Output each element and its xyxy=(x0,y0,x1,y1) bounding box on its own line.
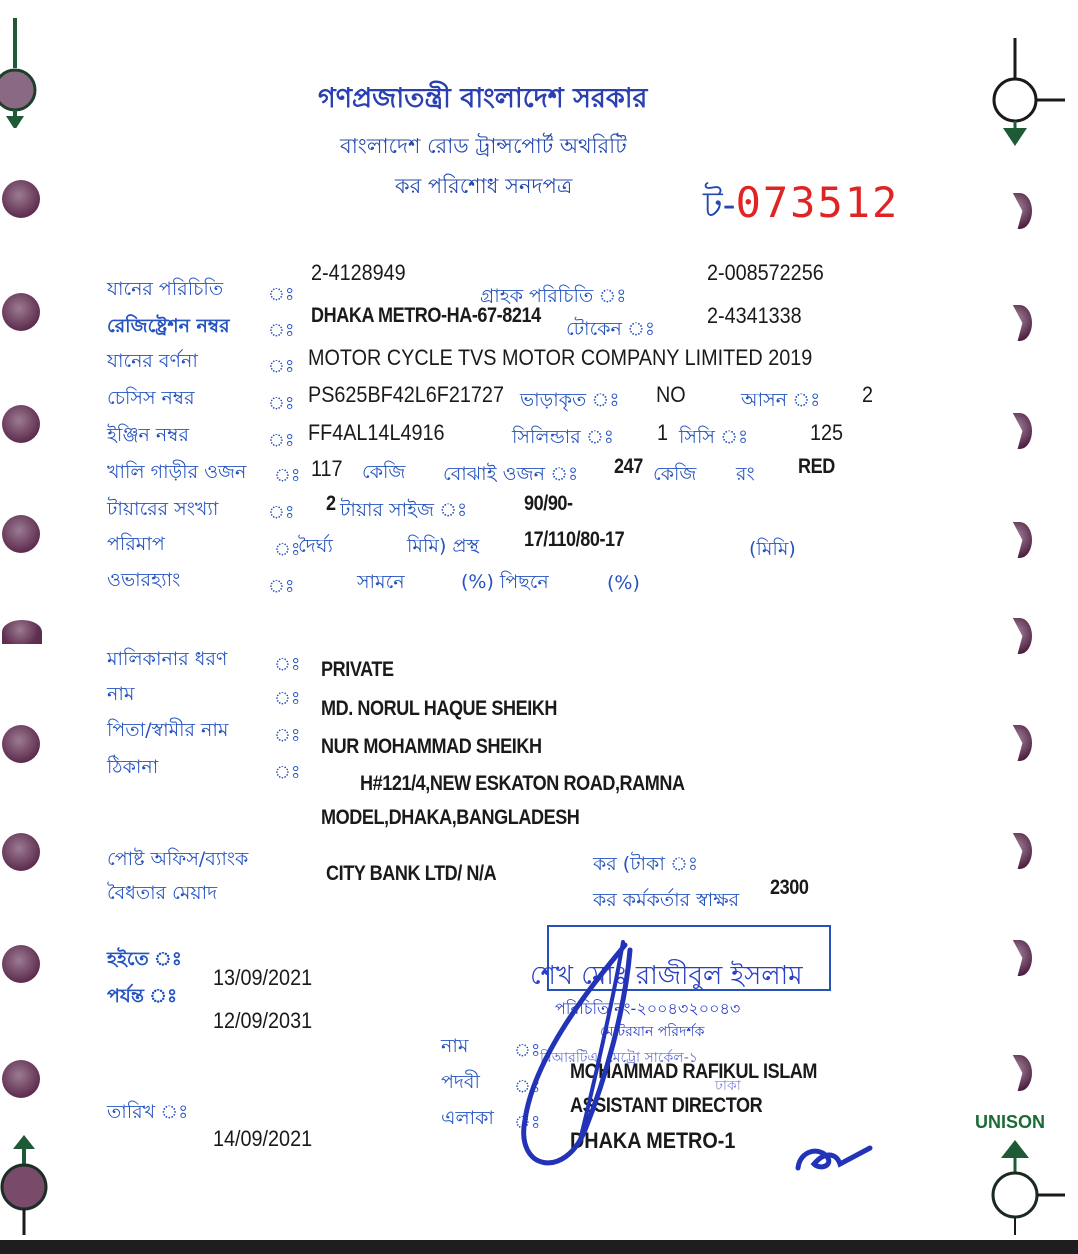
vehicle-id-value: 2-4128949 xyxy=(311,260,406,286)
colon: ঃ xyxy=(274,758,300,789)
date-value: 14/09/2021 xyxy=(213,1126,312,1152)
engine-value: FF4AL14L4916 xyxy=(308,420,445,446)
signature-scribble-icon xyxy=(505,930,655,1190)
tyre-size-value: 90/90- xyxy=(524,492,573,516)
officer-designation-label: পদবী xyxy=(441,1068,480,1100)
registration-value: DHAKA METRO-HA-67-8214 xyxy=(311,304,541,328)
perforation-hole xyxy=(2,833,40,871)
hired-label: ভাড়াকৃত ঃ xyxy=(520,386,619,418)
perforation-hole xyxy=(1008,1055,1032,1091)
colon: ঃ xyxy=(268,316,294,347)
perforation-hole xyxy=(2,515,40,553)
height-unit: (মিমি) xyxy=(749,535,796,567)
colon: ঃ xyxy=(274,684,300,715)
hired-value: NO xyxy=(656,382,686,408)
serial-number: ট-073512 xyxy=(703,178,899,238)
document-title: কর পরিশোধ সনদপত্র xyxy=(395,170,572,205)
tax-officer-label: কর কর্মকর্তার স্বাক্ষর xyxy=(593,886,739,918)
cylinder-label: সিলিন্ডার ঃ xyxy=(512,423,614,455)
address-label: ঠিকানা xyxy=(107,753,158,785)
initials-scribble-icon xyxy=(790,1140,875,1180)
bottom-edge xyxy=(0,1240,1078,1254)
officer-name-label: নাম xyxy=(441,1032,468,1064)
perforation-hole xyxy=(1008,193,1032,229)
government-title: গণপ্রজাতন্ত্রী বাংলাদেশ সরকার xyxy=(318,78,647,123)
registration-label: রেজিষ্ট্রেশন নম্বর xyxy=(107,312,230,344)
laden-weight-value: 247 xyxy=(614,455,643,479)
cc-label: সিসি ঃ xyxy=(679,423,748,455)
perforation-hole xyxy=(1008,413,1032,449)
chassis-label: চেসিস নম্বর xyxy=(107,384,195,416)
colon: ঃ xyxy=(274,721,300,752)
valid-from-value: 13/09/2021 xyxy=(213,965,312,991)
registration-mark-icon xyxy=(985,1140,1065,1240)
rear-label: (%) পিছনে xyxy=(461,568,549,600)
printer-brand: UNISON xyxy=(975,1112,1045,1133)
percent-unit: (%) xyxy=(607,572,640,594)
colon: ঃ xyxy=(268,389,294,420)
colon: ঃ xyxy=(274,461,300,492)
authority-title: বাংলাদেশ রোড ট্রান্সপোর্ট অথরিটি xyxy=(340,130,627,165)
perforation-hole xyxy=(2,1060,40,1098)
ownership-type-label: মালিকানার ধরণ xyxy=(107,645,227,677)
valid-from-label: হইতে ঃ xyxy=(107,945,182,977)
perforation-hole xyxy=(2,293,40,331)
tyre-size-label: টায়ার সাইজ ঃ xyxy=(340,496,467,528)
colon: ঃ xyxy=(268,280,294,311)
perforation-hole xyxy=(2,405,40,443)
registration-mark-icon xyxy=(0,1135,55,1245)
engine-label: ইঞ্জিন নম্বর xyxy=(107,421,189,453)
owner-name-label: নাম xyxy=(107,680,134,712)
colon: ঃ xyxy=(268,498,294,529)
tax-label: কর (টাকা ঃ xyxy=(593,850,698,882)
token-value: 2-4341338 xyxy=(707,303,802,329)
perforation-hole xyxy=(2,945,40,983)
perforation-hole xyxy=(2,620,42,644)
laden-weight-label: বোঝাই ওজন ঃ xyxy=(443,460,578,492)
perforation-hole xyxy=(2,180,40,218)
bank-value: CITY BANK LTD/ N/A xyxy=(326,862,496,886)
valid-to-label: পর্যন্ত ঃ xyxy=(107,982,177,1014)
father-name-label: পিতা/স্বামীর নাম xyxy=(107,716,228,748)
seat-value: 2 xyxy=(862,382,873,408)
perforation-hole xyxy=(2,725,40,763)
kg-unit: কেজি xyxy=(362,458,405,490)
perforation-hole xyxy=(1008,305,1032,341)
description-value: MOTOR CYCLE TVS MOTOR COMPANY LIMITED 20… xyxy=(308,345,812,371)
valid-to-value: 12/09/2031 xyxy=(213,1008,312,1034)
father-name-value: NUR MOHAMMAD SHEIKH xyxy=(321,735,542,759)
dimension-label: পরিমাপ xyxy=(107,530,165,562)
token-label: টোকেন ঃ xyxy=(566,315,655,347)
registration-mark-icon xyxy=(0,18,50,128)
validity-label: বৈধতার মেয়াদ xyxy=(107,879,217,911)
tyre-size-value-2: 17/110/80-17 xyxy=(524,528,624,552)
registration-mark-icon xyxy=(985,38,1065,148)
perforation-hole xyxy=(1008,522,1032,558)
color-value: RED xyxy=(798,455,835,479)
tyre-count-label: টায়ারের সংখ্যা xyxy=(107,495,218,527)
vehicle-id-label: যানের পরিচিতি xyxy=(107,275,223,307)
post-office-label: পোষ্ট অফিস/ব্যাংক xyxy=(107,845,248,877)
customer-id-value: 2-008572256 xyxy=(707,260,824,286)
colon: ঃ xyxy=(268,352,294,383)
serial-prefix: ট- xyxy=(703,185,736,226)
date-label: তারিখ ঃ xyxy=(107,1098,188,1130)
serial-value: 073512 xyxy=(736,178,900,227)
cylinder-value: 1 xyxy=(657,420,668,446)
ownership-type-value: PRIVATE xyxy=(321,658,394,682)
front-label: সামনে xyxy=(357,568,405,600)
perforation-hole xyxy=(1008,833,1032,869)
kg-unit: কেজি xyxy=(653,460,696,492)
colon: ঃ xyxy=(268,572,294,603)
colon: ঃ xyxy=(268,426,294,457)
description-label: যানের বর্ণনা xyxy=(107,347,198,379)
seat-label: আসন ঃ xyxy=(741,386,820,418)
perforation-hole xyxy=(1008,618,1032,654)
owner-name-value: MD. NORUL HAQUE SHEIKH xyxy=(321,697,557,721)
color-label: রং xyxy=(736,460,755,492)
colon: ঃ xyxy=(274,535,300,566)
address-line2: MODEL,DHAKA,BANGLADESH xyxy=(321,806,579,830)
address-line1: H#121/4,NEW ESKATON ROAD,RAMNA xyxy=(360,772,685,796)
unladen-weight-label: খালি গাড়ীর ওজন xyxy=(107,458,246,490)
width-label: মিমি) প্রস্থ xyxy=(407,532,479,564)
cc-value: 125 xyxy=(810,420,843,446)
tax-amount-value: 2300 xyxy=(770,876,808,900)
tyre-count-value: 2 xyxy=(326,492,336,516)
perforation-hole xyxy=(1008,940,1032,976)
chassis-value: PS625BF42L6F21727 xyxy=(308,382,504,408)
overhang-label: ওভারহ্যাং xyxy=(107,566,180,598)
perforation-hole xyxy=(1008,725,1032,761)
officer-area-label: এলাকা xyxy=(441,1104,494,1136)
unladen-weight-value: 117 xyxy=(311,456,343,482)
colon: ঃ xyxy=(274,650,300,681)
length-label: দৈর্ঘ্য xyxy=(298,532,333,564)
